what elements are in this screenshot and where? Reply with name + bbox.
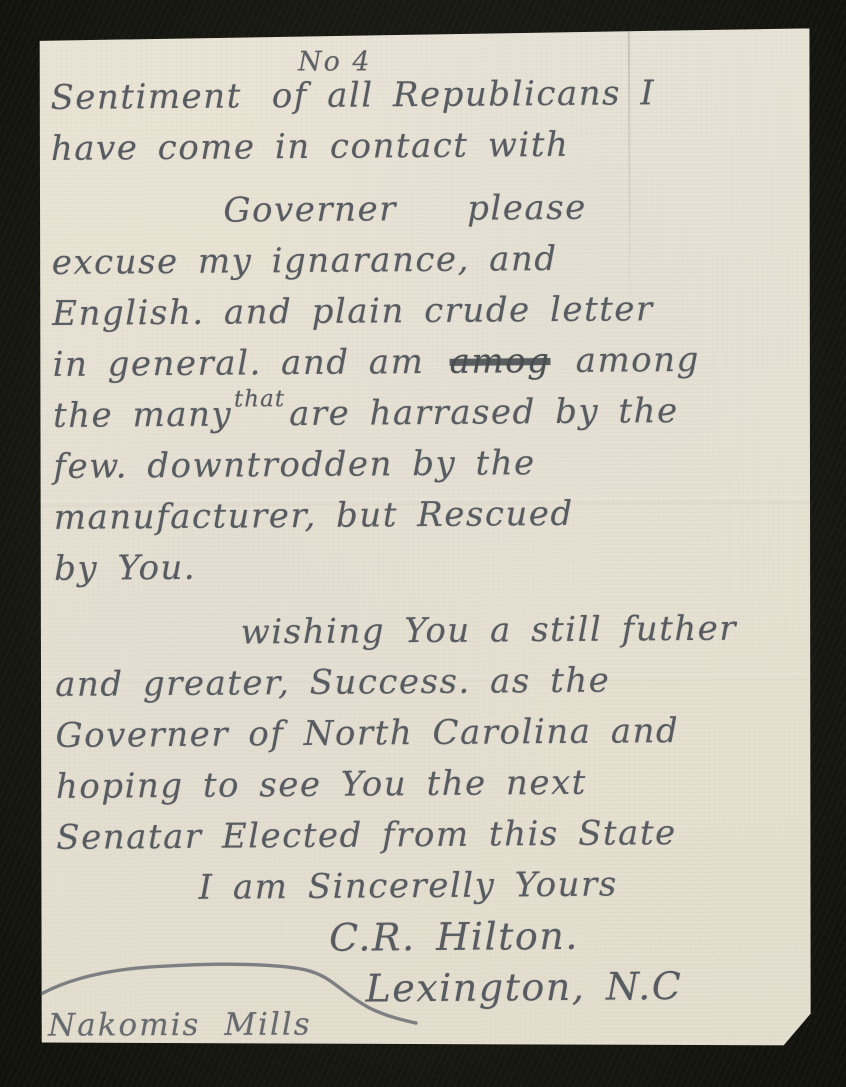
handwritten-text: Sentimentof all Republicans I have come … bbox=[50, 67, 807, 1017]
line-segment: Sentiment bbox=[50, 76, 242, 118]
handwritten-line: excuse my ignarance, and bbox=[52, 232, 802, 289]
handwritten-line: Senatar Elected from this State bbox=[56, 807, 806, 864]
handwritten-line: and greater, Success. as the bbox=[55, 654, 805, 711]
annotation-text: Nakomis Mills bbox=[48, 1007, 312, 1044]
handwritten-line: hoping to see You the next bbox=[56, 756, 806, 813]
closing-line: I am Sincerelly Yours bbox=[199, 858, 807, 914]
line-segment: the many bbox=[53, 395, 232, 436]
photo-background: No 4 Sentimentof all Republicans I have … bbox=[0, 0, 846, 1087]
struck-word: amog bbox=[449, 341, 550, 382]
handwritten-line: Sentimentof all Republicans I bbox=[50, 67, 800, 124]
handwritten-line: have come in contact with bbox=[51, 118, 801, 175]
handwritten-line: wishing You a still futher bbox=[241, 603, 805, 658]
letter-page: No 4 Sentimentof all Republicans I have … bbox=[36, 28, 816, 1051]
inserted-word: that bbox=[234, 374, 285, 425]
line-segment: are harrased by the bbox=[289, 391, 679, 434]
handwritten-line: English. and plain crude letter bbox=[52, 283, 802, 340]
handwritten-line: Governer please bbox=[223, 181, 801, 237]
handwritten-line: by You. bbox=[54, 538, 804, 595]
handwritten-line: few. downtrodden by the bbox=[53, 436, 803, 493]
handwritten-line: manufacturer, but Rescued bbox=[54, 487, 804, 544]
handwritten-line: Governer of North Carolina and bbox=[55, 705, 805, 762]
handwritten-line: in general. and am amog among bbox=[52, 334, 802, 391]
line-segment: among bbox=[576, 340, 700, 381]
handwritten-line: the manythatare harrased by the bbox=[53, 385, 803, 442]
line-segment: of all Republicans I bbox=[272, 73, 656, 116]
mill-annotation: Nakomis Mills bbox=[36, 952, 436, 1050]
